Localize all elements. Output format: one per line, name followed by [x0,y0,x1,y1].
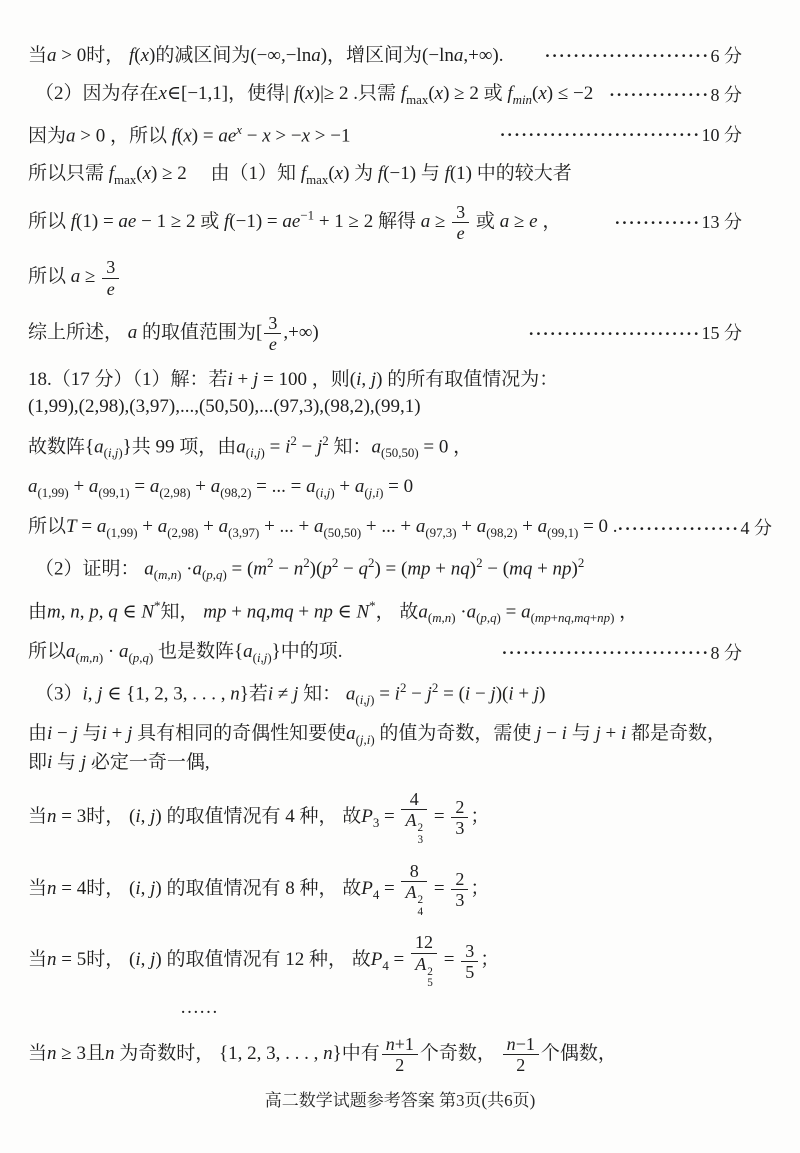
line-text: 当n = 4时， (i, j) 的取值情况有 8 种， 故P4 = 8A24 =… [28,861,489,919]
line-text: 所以T = a(1,99) + a(2,98) + a(3,97) + ... … [28,515,618,541]
score-group: ············13 分 [614,211,742,234]
score-group: ·······················6 分 [545,45,742,68]
line-text: (1,99),(2,98),(3,97),...,(50,50),...(97,… [28,395,421,419]
score-group: ·····························8 分 [502,642,742,665]
document-line: 因为a > 0 ，所以 f(x) = aex − x > −x > −1····… [28,122,742,148]
line-text: 由m, n, p, q ∈ N*知， mp + nq,mq + np ∈ N*，… [28,598,638,626]
score-group: ··············8 分 [609,84,742,107]
score-label: 8 分 [711,642,743,665]
line-text: 即i 与 j 必定一奇一偶, [28,751,210,775]
document-line: 所以T = a(1,99) + a(2,98) + a(3,97) + ... … [28,515,742,541]
line-text: 由i − j 与i + j 具有相同的奇偶性知要使a(j,i) 的值为奇数，需使… [28,722,726,748]
line-text: …… [180,996,218,1020]
score-label: 15 分 [702,322,743,345]
dotted-leader: ······················· [545,45,710,66]
score-group: ·················4 分 [618,517,772,540]
document-line: 所以 a ≥ 3e [28,257,742,298]
document-line: 由i − j 与i + j 具有相同的奇偶性知要使a(j,i) 的值为奇数，需使… [28,722,742,748]
line-text: （3）i, j ∈ {1, 2, 3, . . . , n}若i ≠ j 知： … [35,680,545,708]
document-line: 由m, n, p, q ∈ N*知， mp + nq,mq + np ∈ N*，… [28,598,742,626]
document-line: (1,99),(2,98),(3,97),...,(50,50),...(97,… [28,395,742,419]
line-text: 当a > 0时， f(x)的减区间为(−∞,−lna)，增区间为(−lna,+∞… [28,44,503,68]
document-line: 当a > 0时， f(x)的减区间为(−∞,−lna)，增区间为(−lna,+∞… [28,44,742,68]
line-text: 所以 f(1) = ae − 1 ≥ 2 或 f(−1) = ae−1 + 1 … [28,202,561,243]
document-line: 当n = 4时， (i, j) 的取值情况有 8 种， 故P4 = 8A24 =… [28,861,742,919]
document-line: （2）证明： a(m,n) ·a(p,q) = (m2 − n2)(p2 − q… [28,555,742,583]
document-line: 所以只需 fmax(x) ≥ 2 由（1）知 fmax(x) 为 f(−1) 与… [28,162,742,188]
score-label: 8 分 [711,84,743,107]
dotted-leader: ·············· [609,84,709,105]
score-label: 13 分 [702,211,743,234]
line-text: 当n = 3时， (i, j) 的取值情况有 4 种， 故P3 = 4A23 =… [28,789,489,847]
line-text: 当n = 5时， (i, j) 的取值情况有 12 种， 故P4 = 12A25… [28,932,499,990]
document-line: …… [28,996,742,1020]
score-label: 4 分 [740,517,772,540]
line-text: 所以 a ≥ 3e [28,257,121,298]
document-line: 即i 与 j 必定一奇一偶, [28,751,742,775]
document-line: 所以a(m,n) · a(p,q) 也是数阵{a(i,j)}中的项.······… [28,640,742,666]
line-text: 当n ≥ 3且n 为奇数时， {1, 2, 3, . . . , n}中有n+1… [28,1034,617,1075]
line-text: a(1,99) + a(99,1) = a(2,98) + a(98,2) = … [28,475,413,501]
score-group: ························15 分 [528,322,742,345]
page-footer: 高二数学试题参考答案 第3页(共6页) [0,1086,800,1111]
document-line: 当n = 3时， (i, j) 的取值情况有 4 种， 故P3 = 4A23 =… [28,789,742,847]
dotted-leader: ···························· [500,124,701,145]
document-line: 18.（17 分）（1）解：若i + j = 100 ，则(i, j) 的所有取… [28,368,742,392]
document-line: （2）因为存在x∈[−1,1]，使得| f(x)|≥ 2 .只需 fmax(x)… [28,82,742,108]
document-line: a(1,99) + a(99,1) = a(2,98) + a(98,2) = … [28,475,742,501]
score-group: ····························10 分 [500,124,742,147]
dotted-leader: ············ [614,212,700,233]
score-label: 10 分 [702,124,743,147]
document-line: 当n = 5时， (i, j) 的取值情况有 12 种， 故P4 = 12A25… [28,932,742,990]
line-text: 故数阵{a(i,j)}共 99 项，由a(i,j) = i2 − j2 知：a(… [28,433,472,461]
line-text: 所以只需 fmax(x) ≥ 2 由（1）知 fmax(x) 为 f(−1) 与… [28,162,572,188]
document-line: 综上所述， a 的取值范围为[3e,+∞)···················… [28,313,742,354]
line-text: （2）证明： a(m,n) ·a(p,q) = (m2 − n2)(p2 − q… [35,555,584,583]
dotted-leader: ················· [618,518,740,539]
line-text: 综上所述， a 的取值范围为[3e,+∞) [28,313,319,354]
document-lines: 当a > 0时， f(x)的减区间为(−∞,−lna)，增区间为(−lna,+∞… [28,44,742,1076]
document-line: 所以 f(1) = ae − 1 ≥ 2 或 f(−1) = ae−1 + 1 … [28,202,742,243]
document-line: 故数阵{a(i,j)}共 99 项，由a(i,j) = i2 − j2 知：a(… [28,433,742,461]
line-text: 18.（17 分）（1）解：若i + j = 100 ，则(i, j) 的所有取… [28,368,558,392]
document-line: 当n ≥ 3且n 为奇数时， {1, 2, 3, . . . , n}中有n+1… [28,1034,742,1075]
document-line: （3）i, j ∈ {1, 2, 3, . . . , n}若i ≠ j 知： … [28,680,742,708]
line-text: （2）因为存在x∈[−1,1]，使得| f(x)|≥ 2 .只需 fmax(x)… [35,82,593,108]
score-label: 6 分 [711,45,743,68]
dotted-leader: ····························· [502,642,710,663]
dotted-leader: ························ [528,323,700,344]
document-page: 当a > 0时， f(x)的减区间为(−∞,−lna)，增区间为(−lna,+∞… [0,0,800,1153]
line-text: 所以a(m,n) · a(p,q) 也是数阵{a(i,j)}中的项. [28,640,343,666]
line-text: 因为a > 0 ，所以 f(x) = aex − x > −x > −1 [28,122,350,148]
